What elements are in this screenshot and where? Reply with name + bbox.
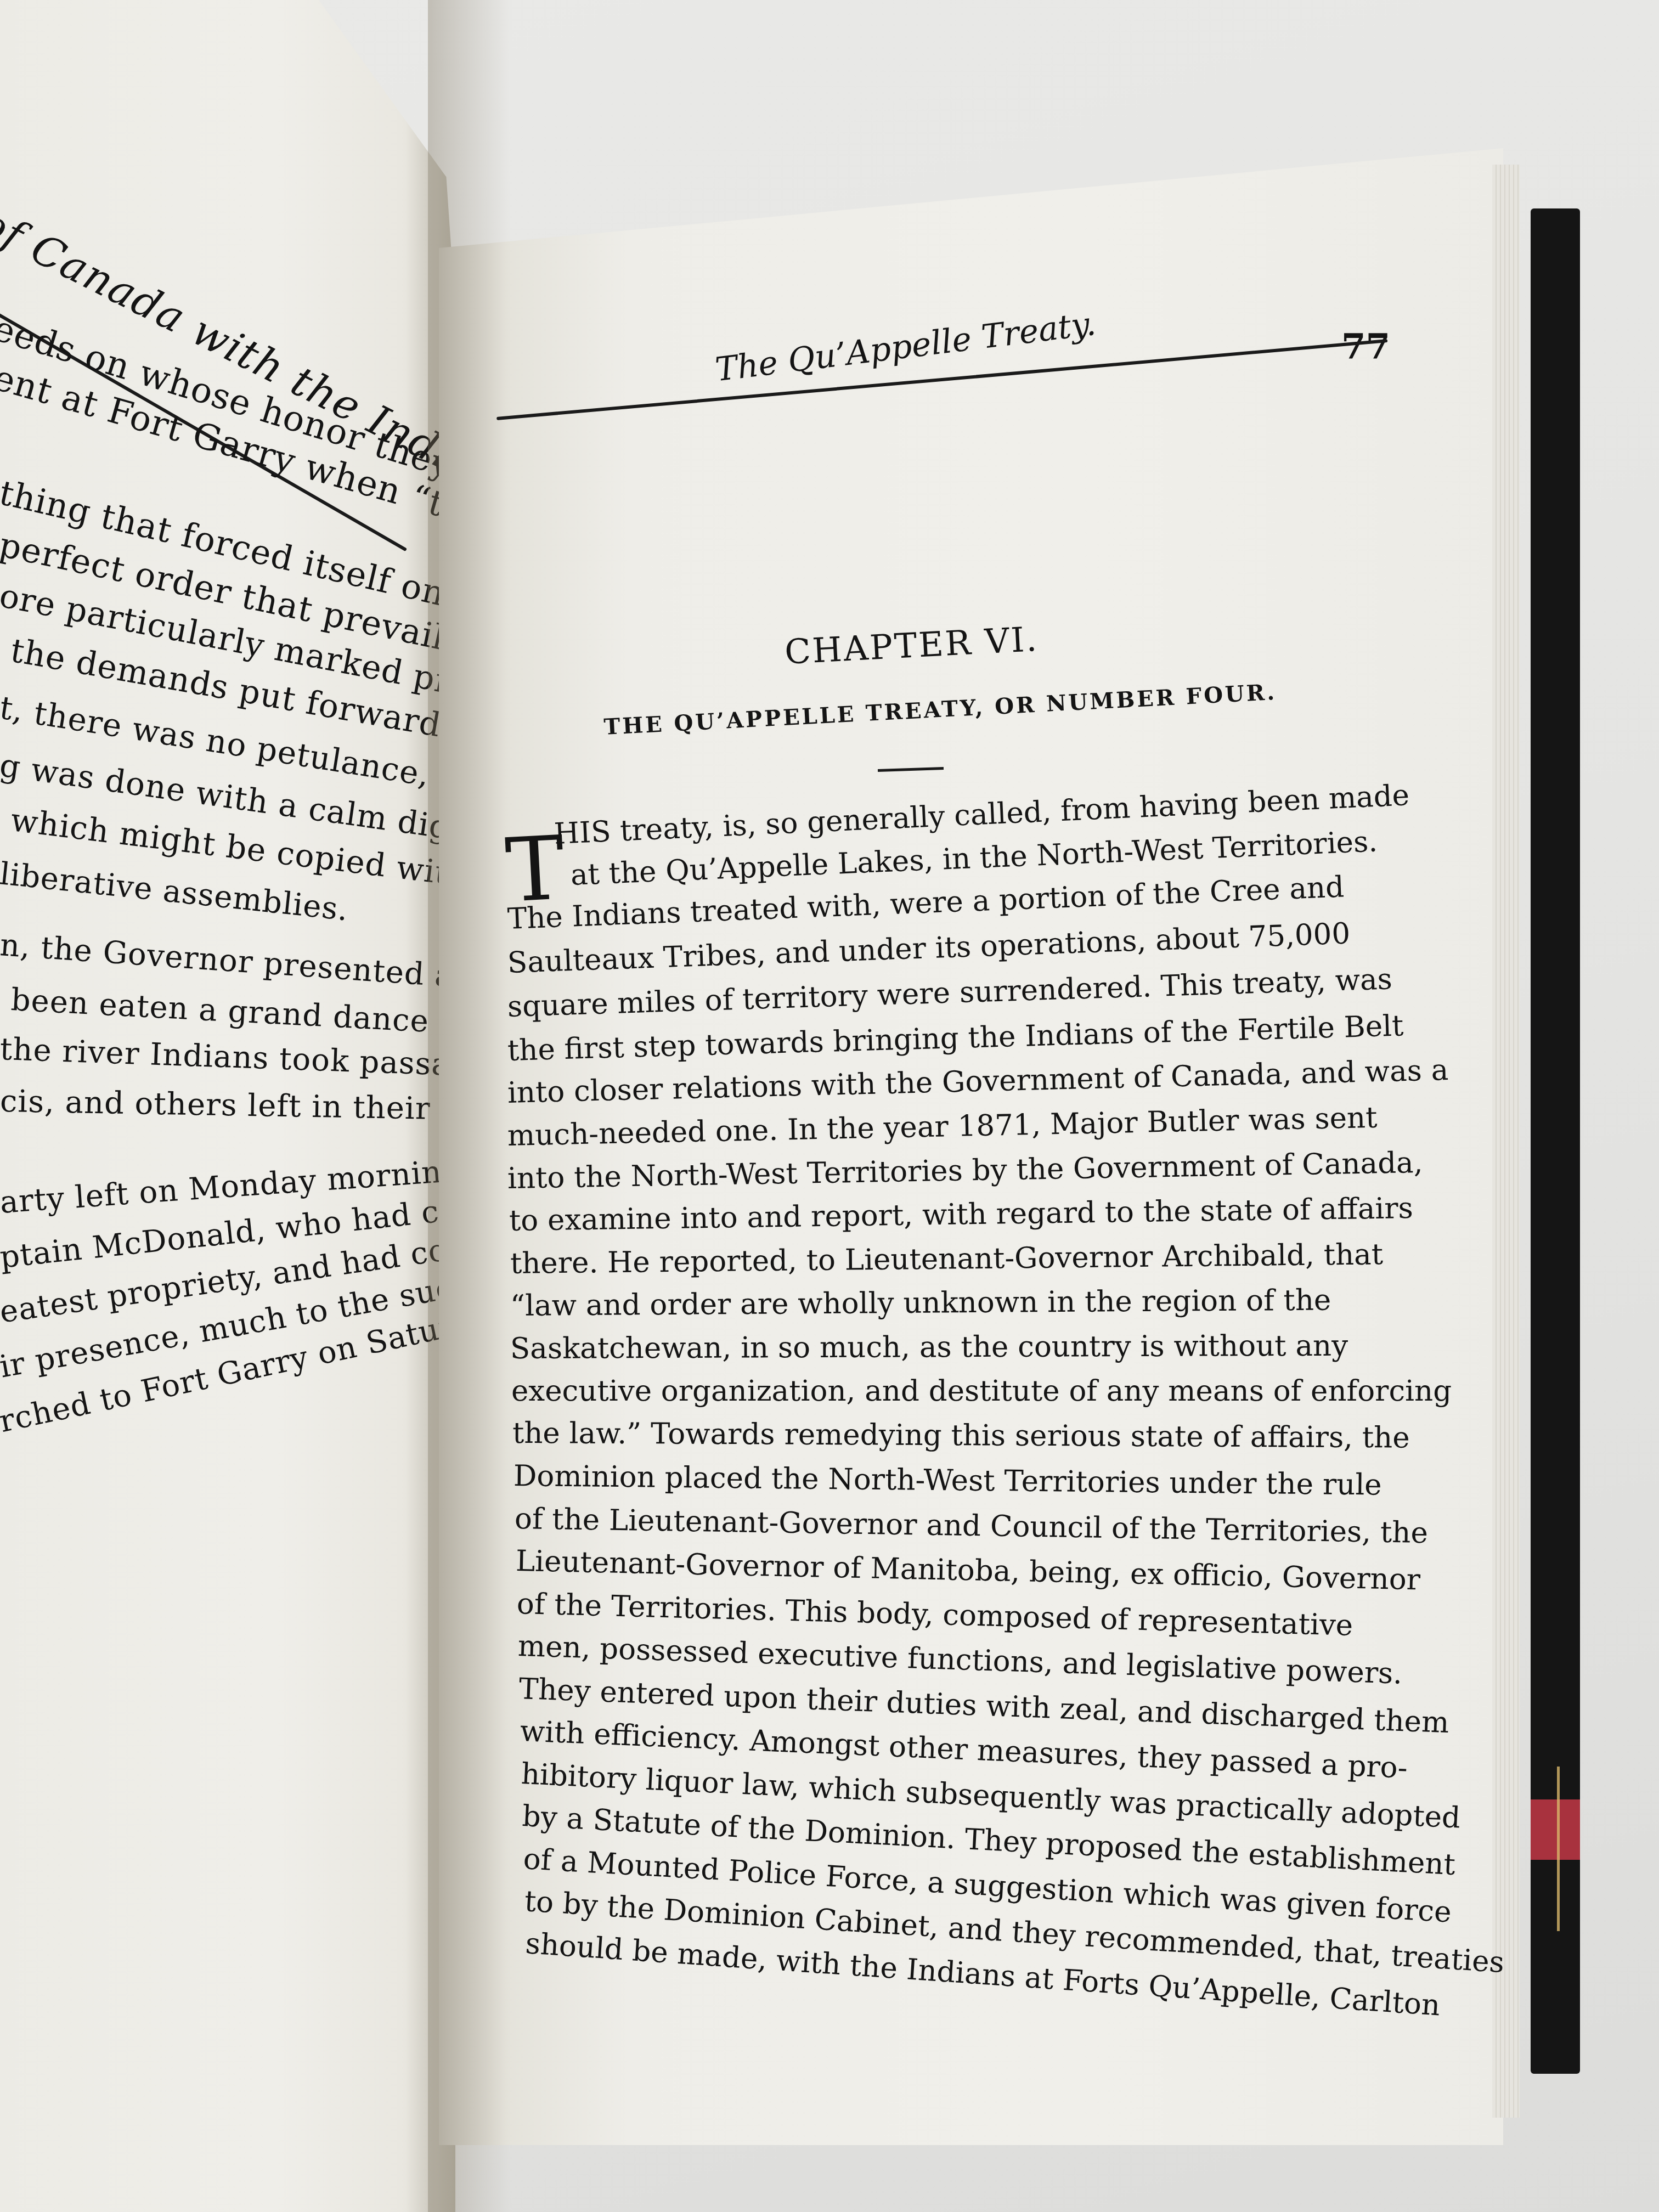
left-page: of Canada with the Indians. eeds on whos… [0,0,455,2212]
book-cover-edge [1531,208,1580,2074]
page-number: 77 [1341,326,1390,368]
body-line: executive organization, and destitute of… [511,1374,1452,1408]
body-line: the law.” Towards remedying this serious… [512,1417,1410,1455]
body-line: “law and order are wholly unknown in the… [510,1284,1331,1323]
cover-red-band [1531,1799,1580,1860]
cover-gilt-line [1557,1767,1560,1931]
left-text-line: cis, and others left in their canoes fo [0,1084,455,1130]
page-edges [1492,165,1520,2118]
left-text-line: the river Indians took passage on th [0,1031,455,1087]
body-line: Saskatchewan, in so much, as the country… [510,1329,1348,1365]
gutter-shadow [428,0,510,2212]
